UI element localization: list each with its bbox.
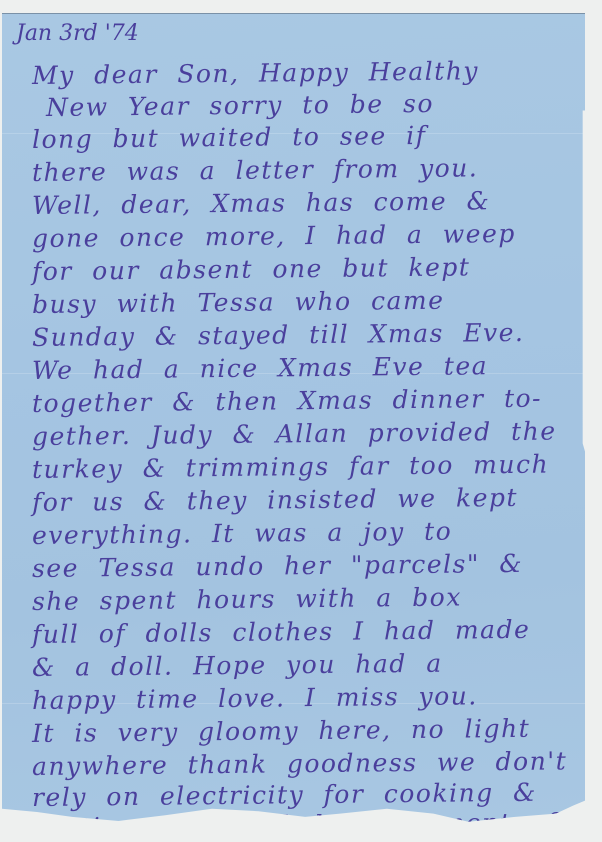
letter-line: for our absent one but kept [32,252,471,286]
letter-line: anywhere thank goodness we don't [32,746,567,781]
scanned-letter: Jan 3rd '74 My dear Son, Happy Healthy N… [0,0,602,842]
letter-date: Jan 3rd '74 [16,21,139,46]
letter-line: gether. Judy & Allan provided the [32,417,557,451]
letter-line: she spent hours with a box [32,582,462,616]
letter-line: rely on electricity for cooking & [32,778,537,812]
letter-body: Jan 3rd '74 My dear Son, Happy Healthy N… [2,13,585,825]
letter-line: see Tessa undo her "parcels" & [32,549,523,583]
letter-line: We had a nice Xmas Eve tea [32,351,488,385]
airmail-paper-sheet: Jan 3rd '74 My dear Son, Happy Healthy N… [2,13,585,825]
letter-line: together & then Xmas dinner to- [32,384,542,418]
letter-line-salutation: My dear Son, Happy Healthy [32,56,479,90]
letter-line: everything. It was a joy to [32,517,452,550]
letter-line: happy time love. I miss you. [32,681,478,715]
letter-line: It is very gloomy here, no light [32,714,531,748]
letter-line: & a doll. Hope you had a [32,649,443,682]
letter-line: gone once more, I had a weep [32,219,516,253]
letter-line: Sunday & stayed till Xmas Eve. [32,318,525,352]
letter-line: busy with Tessa who came [32,286,445,319]
letter-line-last: heating. Pig-minded governments & [30,807,569,842]
letter-line: Well, dear, Xmas has come & [32,186,491,220]
letter-line: full of dolls clothes I had made [32,615,531,649]
letter-line: long but waited to see if [32,121,427,154]
letter-line: New Year sorry to be so [46,89,434,122]
letter-line: for us & they insisted we kept [32,483,518,517]
letter-line: there was a letter from you. [32,153,479,187]
letter-line: turkey & trimmings far too much [32,450,549,484]
